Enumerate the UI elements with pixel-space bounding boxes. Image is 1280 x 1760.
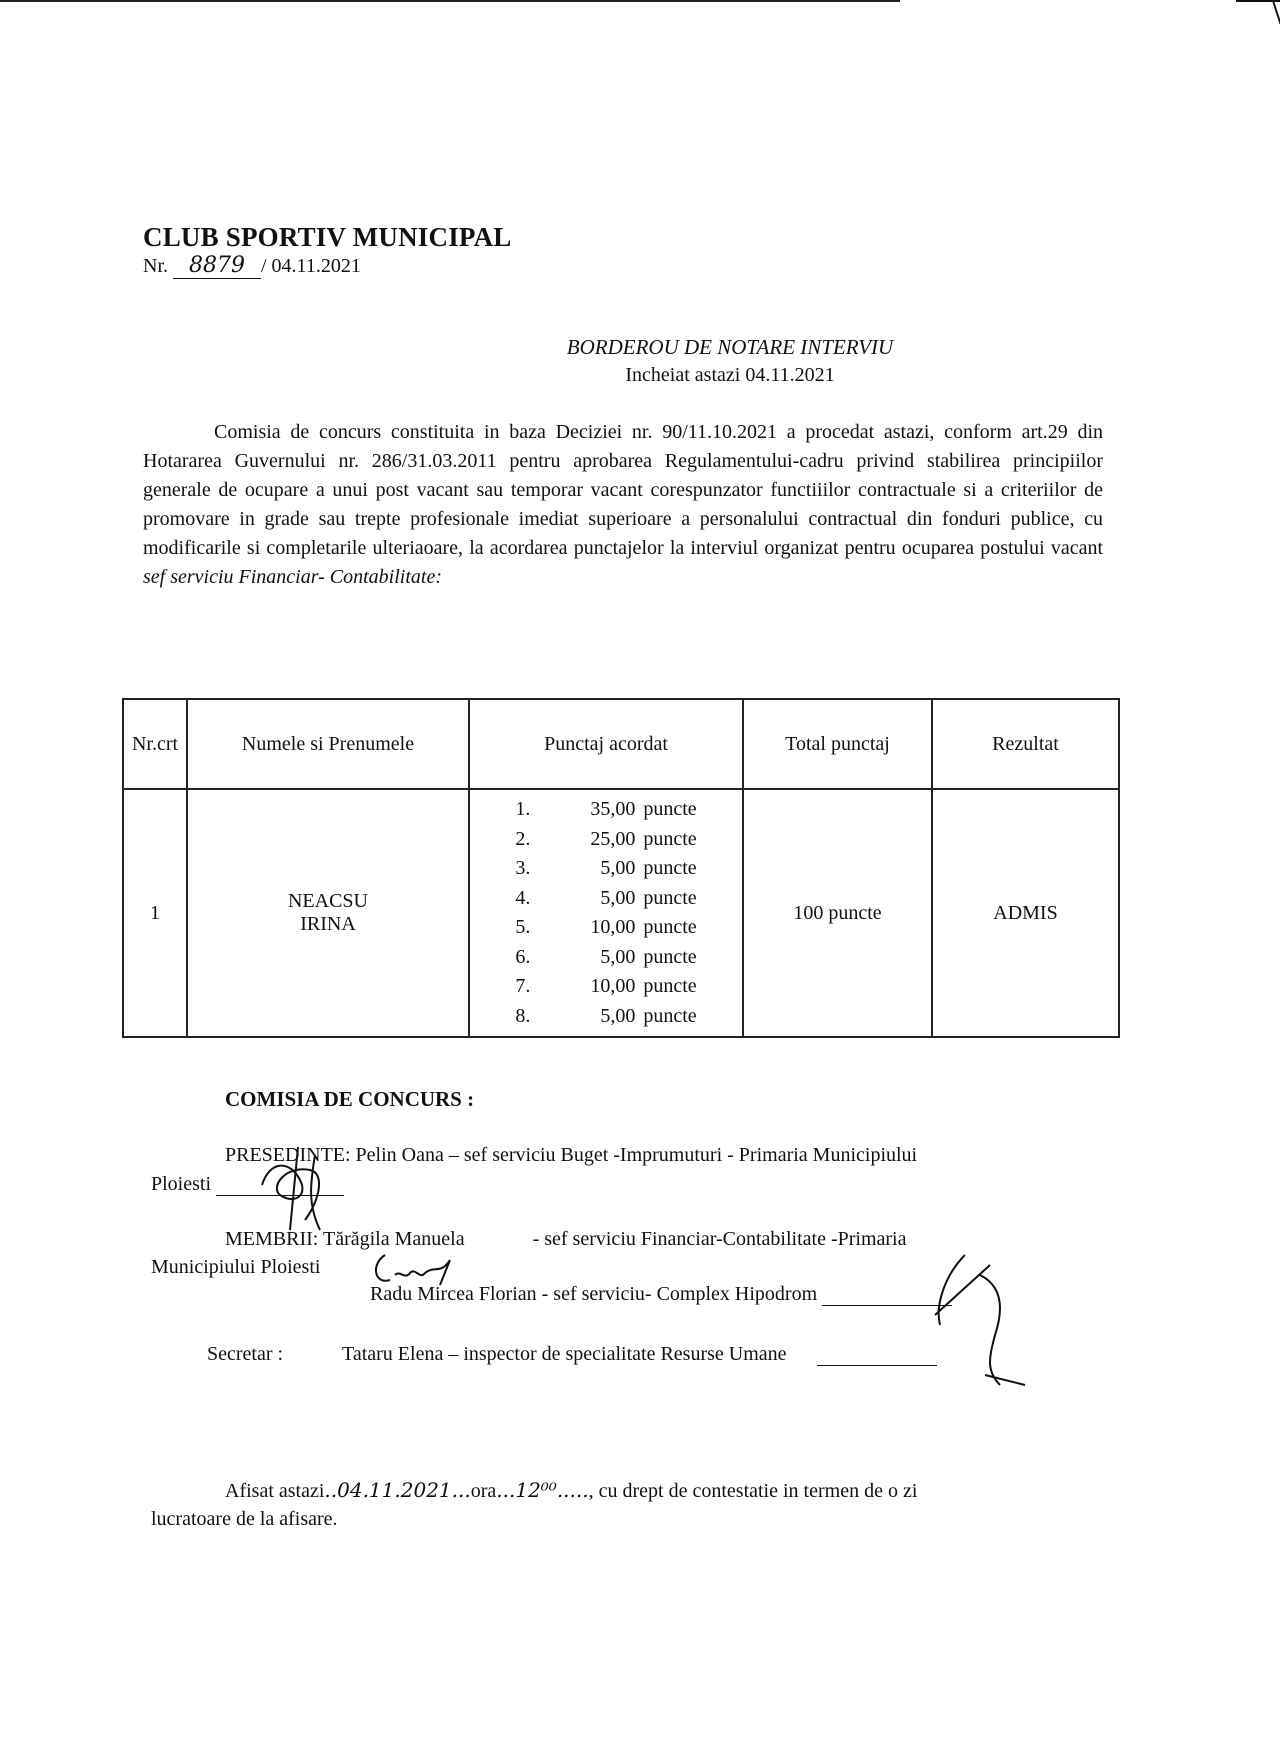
secretary-line: Tataru Elena – inspector de specialitate…: [342, 1343, 937, 1366]
cell-total: 100 puncte: [743, 789, 932, 1037]
nr-handwritten: 8879: [173, 253, 261, 279]
intro-paragraph: Comisia de concurs constituita in baza D…: [143, 418, 1103, 592]
name-last: NEACSU: [189, 890, 467, 913]
score-item: 2.25,00puncte: [515, 825, 696, 855]
president-line: PRESEDINTE: Pelin Oana – sef serviciu Bu…: [225, 1144, 917, 1167]
cell-scores: 1.35,00puncte 2.25,00puncte 3.5,00puncte…: [469, 789, 743, 1037]
president-signature-line: [216, 1175, 344, 1196]
scan-corner: [1236, 0, 1280, 26]
col-total: Total punctaj: [743, 699, 932, 789]
score-item: 4.5,00puncte: [515, 884, 696, 914]
score-list: 1.35,00puncte 2.25,00puncte 3.5,00puncte…: [515, 791, 696, 1035]
posting-time: ...12⁰⁰.....: [496, 1478, 588, 1502]
registration-number: Nr. 8879/ 04.11.2021: [143, 253, 361, 279]
score-table: Nr.crt Numele si Prenumele Punctaj acord…: [122, 698, 1120, 1038]
score-item: 1.35,00puncte: [515, 795, 696, 825]
col-name: Numele si Prenumele: [187, 699, 469, 789]
secretary-signature-line: [817, 1345, 937, 1366]
col-result: Rezultat: [932, 699, 1119, 789]
member1-line-2: Municipiului Ploiesti: [151, 1256, 320, 1279]
posting-date: ..04.11.2021...: [324, 1478, 470, 1502]
score-item: 7.10,00puncte: [515, 972, 696, 1002]
document-subtitle: Incheiat astazi 04.11.2021: [0, 364, 1280, 387]
posting-line-2: lucratoare de la afisare.: [151, 1508, 338, 1531]
member2-signature: [905, 1245, 1045, 1395]
score-item: 5.10,00puncte: [515, 913, 696, 943]
president-line-2: Ploiesti: [151, 1173, 344, 1196]
secretary-label: Secretar :: [207, 1343, 283, 1366]
organization-name: CLUB SPORTIV MUNICIPAL: [143, 222, 512, 253]
col-nr: Nr.crt: [123, 699, 187, 789]
scan-edge: [0, 0, 900, 2]
score-item: 3.5,00puncte: [515, 854, 696, 884]
member2-line: Radu Mircea Florian - sef serviciu- Comp…: [370, 1283, 952, 1306]
score-item: 6.5,00puncte: [515, 943, 696, 973]
commission-heading: COMISIA DE CONCURS :: [225, 1087, 474, 1112]
table-header-row: Nr.crt Numele si Prenumele Punctaj acord…: [123, 699, 1119, 789]
score-item: 8.5,00puncte: [515, 1002, 696, 1032]
paragraph-text: Comisia de concurs constituita in baza D…: [143, 421, 1103, 559]
table-row: 1 NEACSU IRINA 1.35,00puncte 2.25,00punc…: [123, 789, 1119, 1037]
nr-date: / 04.11.2021: [261, 255, 361, 277]
member1-line: MEMBRII: Tărăgila Manuela - sef serviciu…: [225, 1228, 907, 1251]
member2-signature-line: [822, 1285, 952, 1306]
nr-label: Nr.: [143, 255, 168, 277]
cell-nr: 1: [123, 789, 187, 1037]
position-name: sef serviciu Financiar- Contabilitate:: [143, 566, 442, 588]
cell-name: NEACSU IRINA: [187, 789, 469, 1037]
col-scores: Punctaj acordat: [469, 699, 743, 789]
name-first: IRINA: [189, 913, 467, 936]
document-title: BORDEROU DE NOTARE INTERVIU: [0, 335, 1280, 360]
cell-result: ADMIS: [932, 789, 1119, 1037]
posting-line: Afisat astazi..04.11.2021...ora...12⁰⁰..…: [225, 1478, 917, 1503]
